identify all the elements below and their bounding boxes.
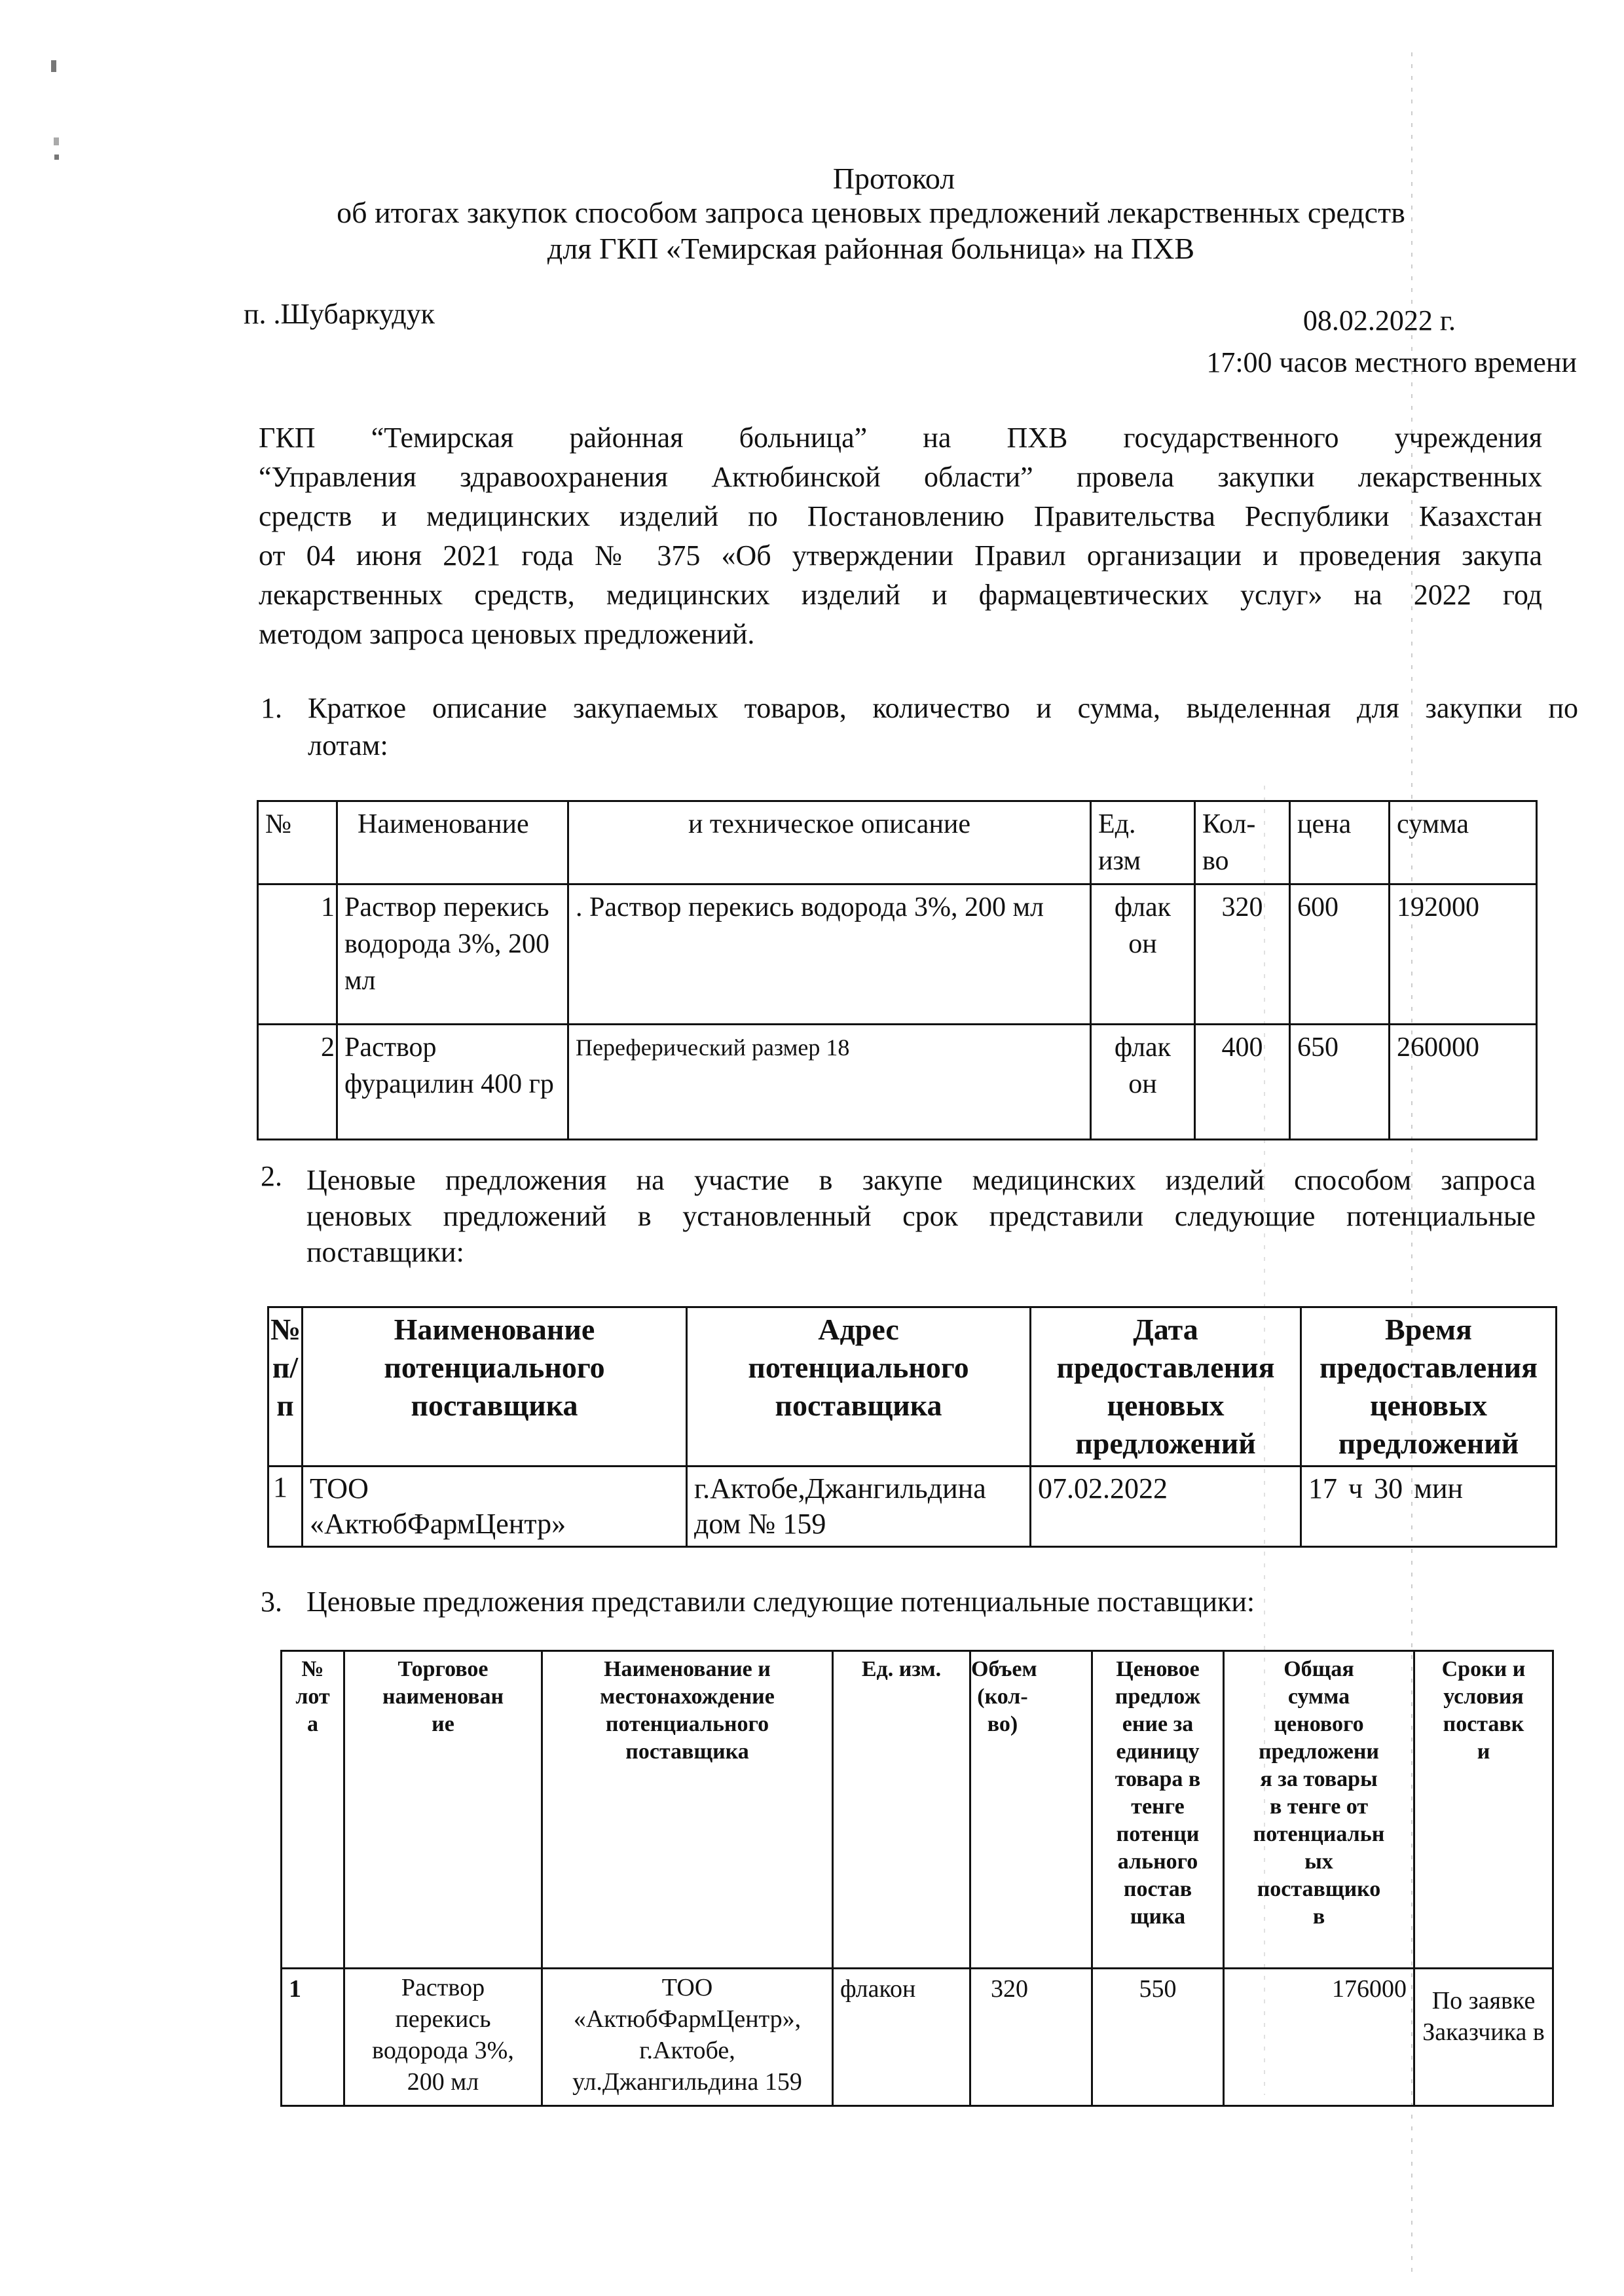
document-subtitle-line2: для ГКП «Темирская районная больница» на… — [223, 234, 1519, 264]
col-header-lot: №лота — [282, 1651, 344, 1969]
table-header-row: №лота Торговоенаименование Наименование … — [282, 1651, 1553, 1969]
col-header-trade-name: Торговоенаименование — [344, 1651, 542, 1969]
cell-name: Раствор фурацилин 400 гр — [337, 1025, 568, 1140]
intro-line: от 04 июня 2021 года № 375 «Об утвержден… — [259, 539, 1542, 573]
cell-lot: 1 — [282, 1969, 344, 2106]
col-header-terms: Сроки иусловияпоставки — [1414, 1651, 1553, 1969]
cell-unit-text: флакон — [1115, 892, 1171, 959]
cell-date: 07.02.2022 — [1031, 1467, 1301, 1547]
intro-line: ГКП “Темирская районная больница” на ПХВ… — [259, 421, 1542, 455]
intro-line: методом запроса ценовых предложений. — [259, 617, 1542, 651]
table-row: 2 Раствор фурацилин 400 гр Переферически… — [258, 1025, 1537, 1140]
col-header-qty: Кол-во — [1195, 801, 1290, 884]
section1-heading: Краткое описание закупаемых товаров, кол… — [308, 694, 1578, 723]
cell-time: 17 ч 30 мин — [1301, 1467, 1557, 1547]
col-header-unit: Ед. изм — [1091, 801, 1195, 884]
cell-unit: флакон — [1091, 884, 1195, 1025]
cell-unit: флакон — [1091, 1025, 1195, 1140]
col-header-time: Время предоставления ценовых предложений — [1301, 1307, 1557, 1467]
col-header-description: и техническое описание — [568, 801, 1091, 884]
suppliers-table: № п/п Наименование потенциального постав… — [267, 1306, 1557, 1548]
col-header-qty-text: Кол-во — [1202, 809, 1255, 876]
intro-line: “Управления здравоохранения Актюбинской … — [259, 460, 1542, 494]
col-header-number: № — [258, 801, 337, 884]
table-row: 1 Раствор перекись водорода 3%, 200 мл .… — [258, 884, 1537, 1025]
cell-name: Раствор перекись водорода 3%, 200 мл — [337, 884, 568, 1025]
cell-supplier-address: г.Актобе,Джангильдина дом № 159 — [687, 1467, 1031, 1547]
col-header-date: Дата предоставления ценовых предложений — [1031, 1307, 1301, 1467]
cell-description: Переферический размер 18 — [568, 1025, 1091, 1140]
cell-unit: флакон — [833, 1969, 970, 2106]
intro-line: лекарственных средств, медицинских издел… — [259, 578, 1542, 612]
table-row: 1 Раствор перекись водорода 3%, 200 мл Т… — [282, 1969, 1553, 2106]
scan-mark — [54, 137, 59, 145]
col-header-name: Наименование — [337, 801, 568, 884]
cell-price: 600 — [1290, 884, 1390, 1025]
section1-number: 1. — [261, 694, 282, 723]
price-offers-table: №лота Торговоенаименование Наименование … — [280, 1650, 1554, 2107]
cell-supplier-name: ТОО «АктюбФармЦентр» — [303, 1467, 687, 1547]
cell-unit-text: флакон — [1115, 1032, 1171, 1099]
intro-paragraph: ГКП “Темирская районная больница” на ПХВ… — [259, 421, 1542, 651]
col-header-unit-price: Ценовоепредложение заединицутовара втенг… — [1092, 1651, 1224, 1969]
cell-unit-price: 550 — [1092, 1969, 1224, 2106]
cell-total: 176000 — [1224, 1969, 1414, 2106]
section3-number: 3. — [261, 1588, 282, 1616]
scan-mark — [51, 60, 56, 72]
col-header-supplier-address: Адрес потенциального поставщика — [687, 1307, 1031, 1467]
table-header-row: № п/п Наименование потенциального постав… — [268, 1307, 1557, 1467]
col-header-price: цена — [1290, 801, 1390, 884]
cell-number: 1 — [268, 1467, 303, 1547]
section2-line: поставщики: — [306, 1234, 1536, 1270]
section3-heading: Ценовые предложения представили следующи… — [306, 1588, 1255, 1616]
cell-price: 650 — [1290, 1025, 1390, 1140]
cell-qty: 400 — [1195, 1025, 1290, 1140]
section2-text: Ценовые предложения на участие в закупе … — [306, 1162, 1536, 1270]
col-header-qty: Объем(кол-во) — [970, 1651, 1092, 1969]
document-time: 17:00 часов местного времени — [1206, 348, 1577, 377]
col-header-sum: сумма — [1390, 801, 1537, 884]
lots-table: № Наименование и техническое описание Ед… — [257, 800, 1538, 1140]
cell-supplier: ТОО «АктюбФармЦентр», г.Актобе, ул.Джанг… — [542, 1969, 833, 2106]
cell-number: 1 — [258, 884, 337, 1025]
document-date: 08.02.2022 г. — [1303, 306, 1456, 335]
scan-mark — [54, 155, 59, 160]
intro-line: средств и медицинских изделий по Постано… — [259, 500, 1542, 534]
cell-qty: 320 — [1195, 884, 1290, 1025]
cell-number: 2 — [258, 1025, 337, 1140]
col-header-supplier-name: Наименование потенциального поставщика — [303, 1307, 687, 1467]
section2-line: ценовых предложений в установленный срок… — [306, 1198, 1536, 1234]
col-header-number: № п/п — [268, 1307, 303, 1467]
section1-heading-cont: лотам: — [308, 731, 388, 760]
col-header-qty-text: Объем(кол-во) — [971, 1656, 1034, 1738]
col-header-total: Общаясуммаценовогопредложения за товарыв… — [1224, 1651, 1414, 1969]
place-label: п. .Шубаркудук — [244, 300, 435, 329]
cell-qty: 320 — [970, 1969, 1092, 2106]
cell-trade-name: Раствор перекись водорода 3%, 200 мл — [344, 1969, 542, 2106]
document-subtitle: об итогах закупок способом запроса ценов… — [223, 198, 1519, 228]
col-header-unit: Ед. изм. — [833, 1651, 970, 1969]
table-header-row: № Наименование и техническое описание Ед… — [258, 801, 1537, 884]
col-header-supplier: Наименование иместонахождениепотенциальн… — [542, 1651, 833, 1969]
cell-sum: 192000 — [1390, 884, 1537, 1025]
section2-number: 2. — [261, 1162, 282, 1191]
cell-sum: 260000 — [1390, 1025, 1537, 1140]
table-row: 1 ТОО «АктюбФармЦентр» г.Актобе,Джангиль… — [268, 1467, 1557, 1547]
cell-terms: По заявке Заказчика в — [1414, 1969, 1553, 2106]
document-title: Протокол — [0, 164, 1624, 194]
cell-description: . Раствор перекись водорода 3%, 200 мл — [568, 884, 1091, 1025]
section2-line: Ценовые предложения на участие в закупе … — [306, 1162, 1536, 1198]
